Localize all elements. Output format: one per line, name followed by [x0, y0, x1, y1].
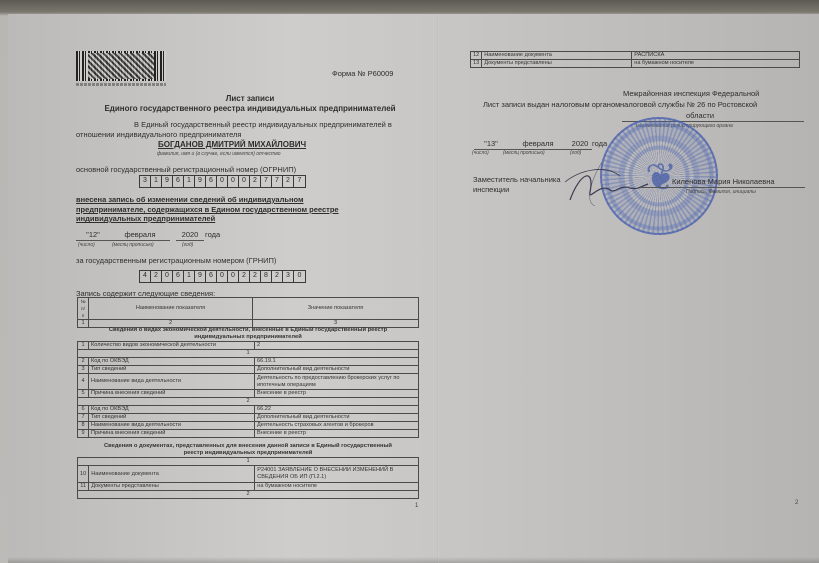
row-num: 6 [78, 406, 89, 414]
ogrnip-digit: 3 [140, 176, 151, 187]
ogrnip-digit: 2 [283, 176, 294, 187]
row-value: РАСПИСКА [632, 52, 800, 60]
grnip-digits: 4 2 0 6 1 9 6 0 0 2 2 8 2 3 0 [139, 270, 306, 283]
grnip-digit: 0 [162, 271, 173, 282]
table-row: 1 Количество видов экономической деятель… [78, 342, 419, 350]
row-value: 2 [255, 342, 419, 350]
ogrnip-digit: 1 [184, 176, 195, 187]
table-row: 7 Тип сведений Дополнительный вид деятел… [78, 414, 419, 422]
row-value: Деятельность по предоставлению брокерски… [255, 374, 419, 390]
grnip-digit: 6 [206, 271, 217, 282]
row-name: Количество видов экономической деятельно… [89, 342, 255, 350]
issue-day: "13" [476, 139, 506, 148]
row-num: 9 [78, 430, 89, 438]
row-name: Документы представлены [89, 483, 255, 491]
row-num: 11 [78, 483, 89, 491]
position-line-1: Заместитель начальника [473, 175, 561, 184]
signature-icon [560, 162, 650, 206]
table-row: 6 Код по ОКВЭД 66.22 [78, 406, 419, 414]
authority-line-3: области [686, 111, 714, 120]
entry-year-suffix: года [205, 230, 220, 239]
row-value: Внесение в реестр [255, 390, 419, 398]
table-row: 10 Наименование документа Р24001 ЗАЯВЛЕН… [78, 466, 419, 483]
row-value: Дополнительный вид деятельности [255, 366, 419, 374]
issue-year-caption: (год) [570, 150, 581, 156]
section2-title-2: реестр индивидуальных предпринимателей [77, 450, 419, 456]
row-name: Документы представлены [482, 60, 632, 68]
intro-line-1: В Единый государственный реестр индивиду… [134, 120, 392, 129]
row-value: на бумажном носителе [255, 483, 419, 491]
ogrnip-digit: 0 [228, 176, 239, 187]
row-name: Причина внесения сведений [89, 390, 255, 398]
grnip-digit: 2 [239, 271, 250, 282]
table-row: 9 Причина внесения сведений Внесение в р… [78, 430, 419, 438]
page-number-1: 1 [415, 503, 418, 509]
grnip-digit: 4 [140, 271, 151, 282]
entry-day: "12" [78, 230, 108, 239]
section1-title-2: индивидуальных предпринимателей [77, 334, 419, 340]
entry-year-caption: (год) [182, 242, 193, 248]
row-name: Тип сведений [89, 366, 255, 374]
row-name: Наименование вида деятельности [89, 374, 255, 390]
group-header: 2 [78, 491, 419, 499]
row-num: 8 [78, 422, 89, 430]
entry-line-2: предпринимателе, содержащихся в Едином г… [76, 205, 339, 214]
entry-month: февраля [112, 230, 168, 239]
header-col-num: № п/п [78, 298, 89, 320]
authority-line-2: налоговой службы № 26 по Ростовской [620, 100, 757, 109]
person-name: БОГДАНОВ ДМИТРИЙ МИХАЙЛОВИЧ [158, 140, 306, 149]
row-num: 2 [78, 358, 89, 366]
issued-label: Лист записи выдан налоговым органом [483, 100, 620, 109]
row-num: 1 [78, 342, 89, 350]
receipt-table: 12 Наименование документа РАСПИСКА 13 До… [470, 51, 800, 68]
table-row: 3 Тип сведений Дополнительный вид деятел… [78, 366, 419, 374]
table-row: 11 Документы представлены на бумажном но… [78, 483, 419, 491]
grnip-digit: 3 [283, 271, 294, 282]
row-value: 66.19.1 [255, 358, 419, 366]
ogrnip-digit: 0 [239, 176, 250, 187]
row-value: Внесение в реестр [255, 430, 419, 438]
issue-month-caption: (месяц прописью) [503, 150, 545, 156]
header-col-value: Значение показателя [253, 298, 419, 320]
table-row: 2 Код по ОКВЭД 66.19.1 [78, 358, 419, 366]
issue-year: 2020 [566, 139, 594, 148]
document-subtitle: Единого государственного реестра индивид… [60, 104, 440, 113]
grnip-digit: 1 [184, 271, 195, 282]
activities-table: 1 Количество видов экономической деятель… [77, 341, 419, 438]
ogrnip-digit: 7 [294, 176, 305, 187]
issue-month: февраля [510, 139, 566, 148]
row-num: 3 [78, 366, 89, 374]
group-header: 2 [78, 398, 419, 406]
entry-month-caption: (месяц прописью) [112, 242, 154, 248]
grnip-digit: 2 [272, 271, 283, 282]
grnip-digit: 8 [261, 271, 272, 282]
authority-line-1: Межрайонная инспекция Федеральной [623, 89, 759, 98]
ogrnip-digit: 7 [272, 176, 283, 187]
row-name: Тип сведений [89, 414, 255, 422]
ogrnip-digit: 0 [217, 176, 228, 187]
entry-line-1: внесена запись об изменении сведений об … [76, 195, 304, 204]
table-row: 4 Наименование вида деятельности Деятель… [78, 374, 419, 390]
ogrnip-label: основной государственный регистрационный… [76, 165, 296, 174]
grnip-digit: 9 [195, 271, 206, 282]
group-header: 1 [78, 350, 419, 358]
row-num: 10 [78, 466, 89, 483]
row-num: 13 [471, 60, 482, 68]
section1-title-1: Сведения о видах экономической деятельно… [77, 327, 419, 333]
signer-name: Киленова Мария Николаевна [672, 177, 775, 186]
ogrnip-digit: 2 [250, 176, 261, 187]
row-value: на бумажном носителе [632, 60, 800, 68]
row-num: 4 [78, 374, 89, 390]
signer-caption: Подпись, Фамилия, инициалы [686, 189, 756, 195]
entry-day-caption: (число) [78, 242, 95, 248]
intro-line-2: отношении индивидуального предпринимател… [76, 130, 242, 139]
person-name-caption: фамилия, имя и (в случае, если имеется) … [157, 151, 280, 157]
barcode-icon [76, 51, 166, 81]
entry-year: 2020 [176, 230, 204, 239]
ogrnip-digit: 9 [195, 176, 206, 187]
entry-line-3: индивидуальных предпринимателей [76, 214, 215, 223]
row-num: 12 [471, 52, 482, 60]
issue-day-caption: (число) [472, 150, 489, 156]
grnip-label: за государственным регистрационным номер… [76, 256, 276, 265]
row-name: Наименование документа [89, 466, 255, 483]
ogrnip-digit: 7 [261, 176, 272, 187]
documents-table: 1 10 Наименование документа Р24001 ЗАЯВЛ… [77, 457, 419, 499]
row-name: Код по ОКВЭД [89, 406, 255, 414]
grnip-digit: 2 [250, 271, 261, 282]
table-row: 12 Наименование документа РАСПИСКА [471, 52, 800, 60]
header-col-name: Наименование показателя [89, 298, 253, 320]
grnip-digit: 0 [228, 271, 239, 282]
row-num: 7 [78, 414, 89, 422]
grnip-digit: 6 [173, 271, 184, 282]
row-value: Р24001 ЗАЯВЛЕНИЕ О ВНЕСЕНИИ ИЗМЕНЕНИЙ В … [255, 466, 419, 483]
row-name: Наименование документа [482, 52, 632, 60]
ogrnip-digits: 3 1 9 6 1 9 6 0 0 0 2 7 7 2 7 [139, 175, 306, 188]
ogrnip-digit: 9 [162, 176, 173, 187]
issue-year-suffix: года [592, 139, 607, 148]
table-row: 13 Документы представлены на бумажном но… [471, 60, 800, 68]
ogrnip-digit: 6 [206, 176, 217, 187]
row-value: Деятельность страховых агентов и брокеро… [255, 422, 419, 430]
row-value: Дополнительный вид деятельности [255, 414, 419, 422]
document-title: Лист записи [60, 94, 440, 103]
barcode-caption [76, 83, 166, 86]
section2-title-1: Сведения о документах, представленных дл… [77, 443, 419, 449]
row-num: 5 [78, 390, 89, 398]
row-name: Наименование вида деятельности [89, 422, 255, 430]
row-name: Код по ОКВЭД [89, 358, 255, 366]
ogrnip-digit: 6 [173, 176, 184, 187]
table-row: 8 Наименование вида деятельности Деятель… [78, 422, 419, 430]
page-number-2: 2 [795, 500, 798, 506]
group-header: 1 [78, 458, 419, 466]
table-row: 5 Причина внесения сведений Внесение в р… [78, 390, 419, 398]
form-number: Форма № Р60009 [332, 69, 393, 78]
grnip-digit: 2 [151, 271, 162, 282]
grnip-digit: 0 [294, 271, 305, 282]
position-line-2: инспекции [473, 185, 509, 194]
grnip-digit: 0 [217, 271, 228, 282]
row-name: Причина внесения сведений [89, 430, 255, 438]
row-value: 66.22 [255, 406, 419, 414]
header-table: № п/п Наименование показателя Значение п… [77, 297, 419, 328]
ogrnip-digit: 1 [151, 176, 162, 187]
